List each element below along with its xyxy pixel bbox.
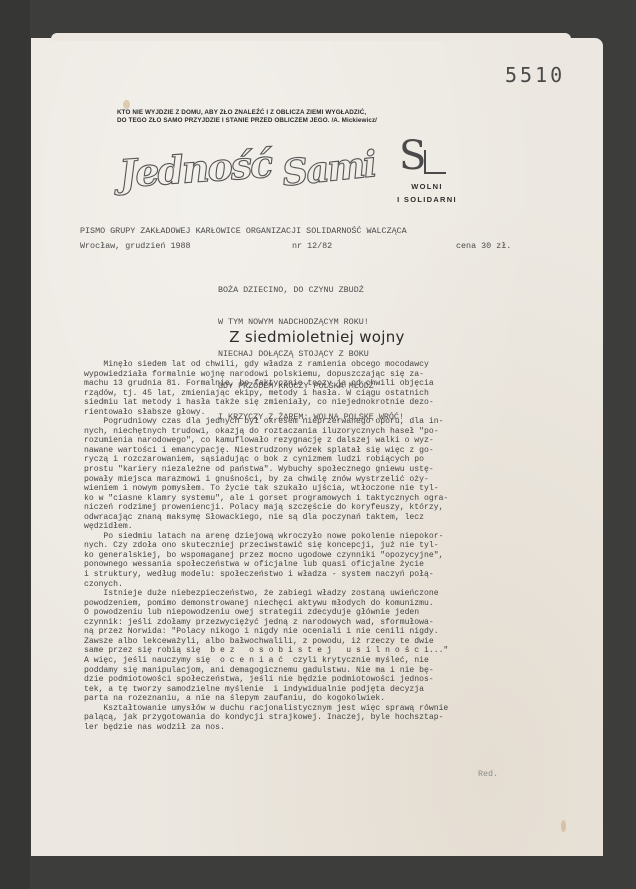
- logo-caption: WOLNI I SOLIDARNI: [392, 180, 462, 206]
- article-line: czynnik: jeśli zdołamy przezwyciężyć jed…: [84, 618, 584, 628]
- poem-line: BOŻA DZIECINO, DO CZYNU ZBUDŹ: [218, 285, 404, 296]
- epigraph-quote: KTO NIE WYJDZIE Z DOMU, ABY ZŁO ZNALEŹĆ …: [117, 109, 447, 125]
- article-line: wypowiedziała formalnie wojnę narodowi p…: [84, 370, 584, 380]
- poem-line: NIECHAJ DOŁĄCZĄ STOJĄCY Z BOKU: [218, 349, 404, 360]
- paper-stain: [123, 100, 130, 109]
- article-line: Zawsze albo lekceważyli, albo bałwochwal…: [84, 637, 584, 647]
- logo-caption-line: WOLNI: [392, 180, 462, 193]
- article-line: i struktury, według modelu: społeczeństw…: [84, 570, 584, 580]
- solidarity-sl-logo-icon: S: [399, 136, 426, 176]
- page-torn-edge: [51, 33, 571, 41]
- article-line: rientowało słabsze głowy.: [84, 408, 584, 418]
- masthead-title-sami: Sami: [280, 143, 377, 195]
- solidarity-l-logo-icon: [424, 150, 446, 174]
- issue-price: cena 30 zł.: [456, 241, 511, 251]
- article-line: odwracając znaną maksymę Słowackiego, ni…: [84, 513, 584, 523]
- article-line: czonych.: [84, 580, 584, 590]
- archive-backing-board: [0, 0, 30, 889]
- epigraph-line: KTO NIE WYJDZIE Z DOMU, ABY ZŁO ZNALEŹĆ …: [117, 109, 447, 117]
- article-line: wieniem i nowym pomysłem. To życie tak s…: [84, 484, 584, 494]
- archive-number: 5510: [505, 63, 565, 87]
- masthead: Jedność Sami S WOLNI I SOLIDARNI: [119, 136, 479, 208]
- publisher-line: PISMO GRUPY ZAKŁADOWEJ KARŁOWICE ORGANIZ…: [80, 226, 407, 236]
- article-line: rozumienia narodowego", co kamuflowało r…: [84, 436, 584, 446]
- article-line: Istnieje duże niebezpieczeństwo, że zabi…: [84, 589, 584, 599]
- issue-place-date: Wrocław, grudzień 1988: [80, 241, 191, 251]
- article-line: niczeń rodzimej proweniencji. Polacy maj…: [84, 503, 584, 513]
- document-page: 5510 KTO NIE WYJDZIE Z DOMU, ABY ZŁO ZNA…: [31, 38, 603, 856]
- article-line: powodzeniem, pomimo demonstrowanej niech…: [84, 599, 584, 609]
- article-line: parta na rozeznaniu, a nie na ślepym zau…: [84, 694, 584, 704]
- article-line: powały miejsca marazmowi i gnuśności, by…: [84, 475, 584, 485]
- article-line: ko generalskiej, bo wspomaganej przez mo…: [84, 551, 584, 561]
- article-line: nych. Czy zdoła ono skuteczniej przeciws…: [84, 541, 584, 551]
- article-line: dzie podmiotowości społeczeństwa, jeśli …: [84, 675, 584, 685]
- article-line: nawane wartości i emancypację. Niestrudz…: [84, 446, 584, 456]
- article-line: ko w "ciasne klamry systemu", ale i gors…: [84, 494, 584, 504]
- article-line: ryczą i rozczarowaniem, sąsiadując o bok…: [84, 455, 584, 465]
- article-line: wędzidłem.: [84, 522, 584, 532]
- article-line: prostu "kariery niezależne od państwa". …: [84, 465, 584, 475]
- article-line: Po siedmiu latach na arenę dziejową wkro…: [84, 532, 584, 542]
- article-line: siedmiu lat metody i hasła także się zmi…: [84, 398, 584, 408]
- article-line: ponownego wessania społeczeństwa w oficj…: [84, 560, 584, 570]
- masthead-title-jednosc: Jedność: [118, 141, 273, 197]
- article-line: ler będzie nas wodził za nos.: [84, 723, 584, 733]
- logo-caption-line: I SOLIDARNI: [392, 193, 462, 206]
- epigraph-line: DO TEGO ZŁO SAMO PRZYJDZIE I STANIE PRZE…: [117, 117, 447, 125]
- article-line: rządów, tj. 45 lat, zmieniając ekipy, me…: [84, 389, 584, 399]
- issue-number: nr 12/82: [292, 241, 332, 251]
- article-line: nych, niechętnych trudowi, okazją do roz…: [84, 427, 584, 437]
- poem-line: W TYM NOWYM NADCHODZĄCYM ROKU!: [218, 317, 404, 328]
- editorial-signature: Red.: [478, 769, 498, 779]
- article-line: ną przez Norwida: "Polacy nikogo i nigdy…: [84, 627, 584, 637]
- article-line: tek, a tę tworzy samodzielne myślenie i …: [84, 685, 584, 695]
- article-line: Pogrudniowy czas dla jednych był okresem…: [84, 417, 584, 427]
- paper-stain: [561, 820, 566, 832]
- article-line: same przez się robią się b e z o s o b i…: [84, 646, 584, 656]
- article-line: poddamy się manipulacjom, ani demagogicz…: [84, 666, 584, 676]
- article-line: A więc, jeśli nauczymy się o c e n i a ć…: [84, 656, 584, 666]
- article-line: Kształtowanie umysłów w duchu racjonalis…: [84, 704, 584, 714]
- article-body: Minęło siedem lat od chwili, gdy władza …: [84, 360, 584, 732]
- article-line: machu 13 grudnia 81. Formalnie, bo fakty…: [84, 379, 584, 389]
- article-line: palącą, jak przygotowania do kondycji st…: [84, 713, 584, 723]
- article-title: Z siedmioletniej wojny: [31, 328, 603, 346]
- article-line: Minęło siedem lat od chwili, gdy władza …: [84, 360, 584, 370]
- article-line: O powodzeniu lub niepowodzeniu owej stra…: [84, 608, 584, 618]
